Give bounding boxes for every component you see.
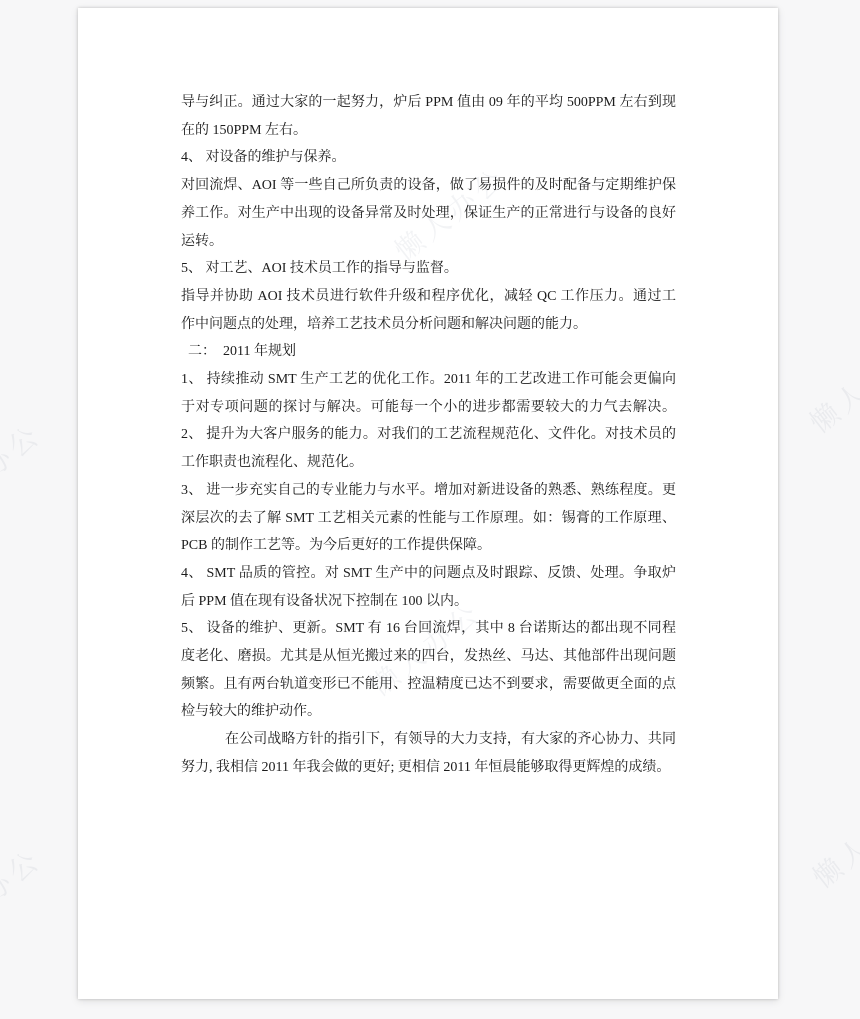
document-line: 检与较大的维护动作。	[181, 698, 676, 726]
document-text: 导与纠正。通过大家的一起努力，炉后 PPM 值由 09 年的平均 500PPM …	[181, 89, 676, 782]
watermark-text: 懒人办公	[0, 839, 49, 952]
document-line: 于对专项问题的探讨与解决。可能每一个小的进步都需要较大的力气去解决。	[181, 394, 676, 422]
document-line: 在的 150PPM 左右。	[181, 117, 676, 145]
document-line: 后 PPM 值在现有设备状况下控制在 100 以内。	[181, 588, 676, 616]
document-line: 度老化、磨损。尤其是从恒光搬过来的四台，发热丝、马达、其他部件出现问题	[181, 643, 676, 671]
document-line: 指导并协助 AOI 技术员进行软件升级和程序优化，减轻 QC 工作压力。通过工	[181, 283, 676, 311]
document-line: 1、 持续推动 SMT 生产工艺的优化工作。2011 年的工艺改进工作可能会更偏…	[181, 366, 676, 394]
document-line: 深层次的去了解 SMT 工艺相关元素的性能与工作原理。如：锡膏的工作原理、	[181, 505, 676, 533]
document-line: 4、 对设备的维护与保养。	[181, 144, 676, 172]
document-line: 作中问题点的处理，培养工艺技术员分析问题和解决问题的能力。	[181, 311, 676, 339]
document-line: 5、 设备的维护、更新。SMT 有 16 台回流焊，其中 8 台诺斯达的都出现不…	[181, 615, 676, 643]
watermark-text: 懒人办公	[0, 414, 49, 527]
document-line: 运转。	[181, 228, 676, 256]
document-line: 5、 对工艺、AOI 技术员工作的指导与监督。	[181, 255, 676, 283]
document-page: 导与纠正。通过大家的一起努力，炉后 PPM 值由 09 年的平均 500PPM …	[78, 8, 778, 999]
document-line: 努力, 我相信 2011 年我会做的更好; 更相信 2011 年恒晨能够取得更辉…	[181, 754, 676, 782]
document-line: 频繁。且有两台轨道变形已不能用、控温精度已达不到要求，需要做更全面的点	[181, 671, 676, 699]
document-line: 4、 SMT 品质的管控。对 SMT 生产中的问题点及时跟踪、反馈、处理。争取炉	[181, 560, 676, 588]
document-line: 二： 2011 年规划	[181, 338, 676, 366]
document-line: 对回流焊、AOI 等一些自己所负责的设备，做了易损件的及时配备与定期维护保	[181, 172, 676, 200]
document-line: 3、 进一步充实自己的专业能力与水平。增加对新进设备的熟悉、熟练程度。更	[181, 477, 676, 505]
document-line: 导与纠正。通过大家的一起努力，炉后 PPM 值由 09 年的平均 500PPM …	[181, 89, 676, 117]
watermark-text: 懒人办公	[804, 784, 860, 897]
document-line: 工作职责也流程化、规范化。	[181, 449, 676, 477]
document-line: 2、 提升为大客户服务的能力。对我们的工艺流程规范化、文件化。对技术员的	[181, 421, 676, 449]
document-line: 在公司战略方针的指引下，有领导的大力支持，有大家的齐心协力、共同	[181, 726, 676, 754]
watermark-text: 懒人办公	[801, 329, 860, 442]
document-line: 养工作。对生产中出现的设备异常及时处理，保证生产的正常进行与设备的良好	[181, 200, 676, 228]
document-viewer-background: 导与纠正。通过大家的一起努力，炉后 PPM 值由 09 年的平均 500PPM …	[0, 0, 860, 1019]
document-line: PCB 的制作工艺等。为今后更好的工作提供保障。	[181, 532, 676, 560]
